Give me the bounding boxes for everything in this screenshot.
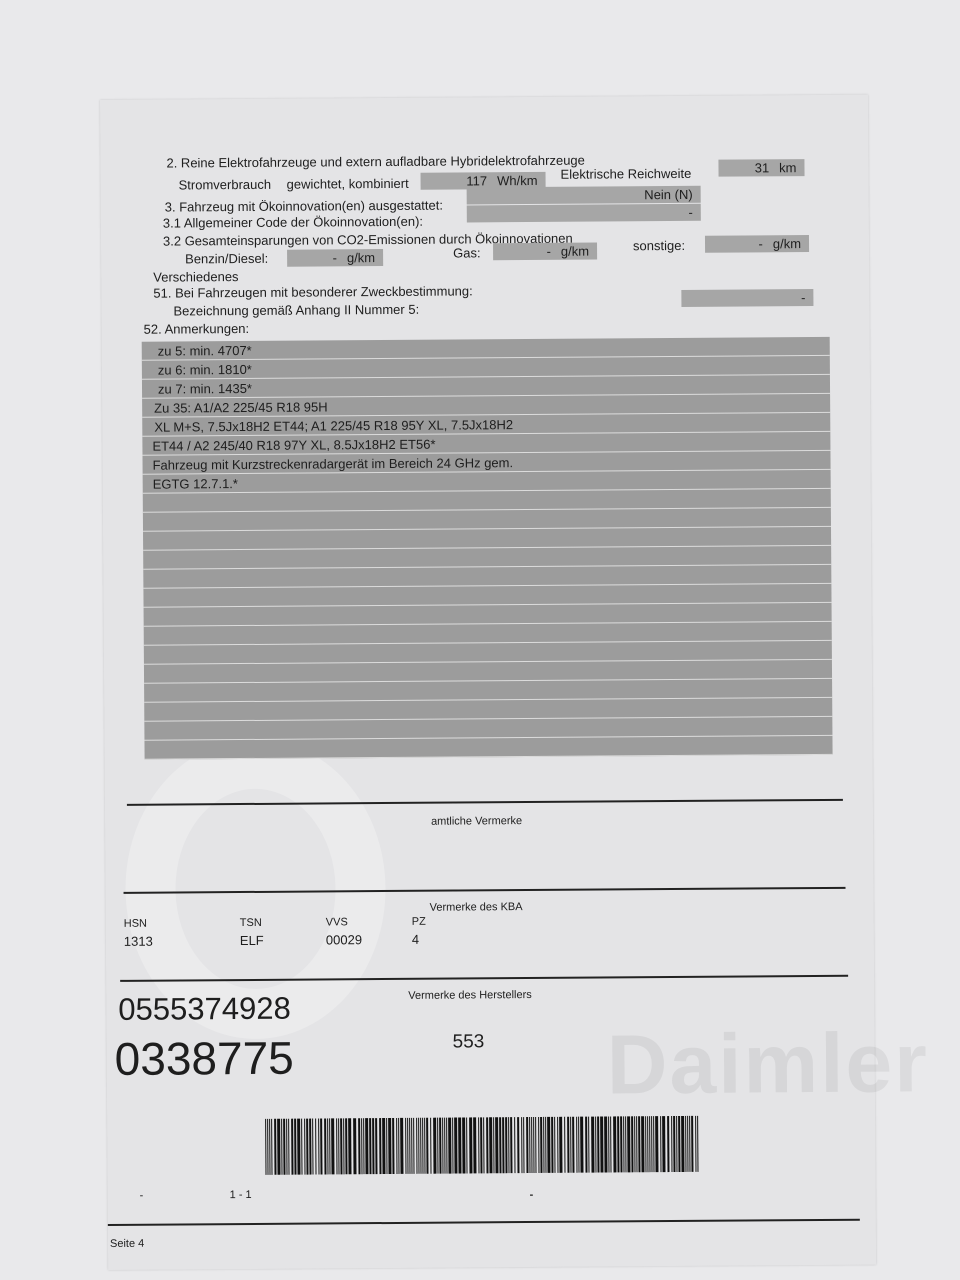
petrol-unit: g/km xyxy=(347,250,375,265)
remarks-box: zu 5: min. 4707*zu 6: min. 1810*zu 7: mi… xyxy=(142,337,833,760)
pz-label: PZ xyxy=(412,916,426,928)
barcode-bar xyxy=(309,1119,311,1175)
barcode-bar xyxy=(535,1117,536,1173)
eco-code-field: - xyxy=(467,204,701,223)
barcode-bar xyxy=(526,1117,528,1173)
barcode-bar xyxy=(502,1117,504,1173)
barcode-bar xyxy=(294,1119,296,1175)
barcode-bar xyxy=(697,1116,698,1172)
other-label: sonstige: xyxy=(633,238,685,253)
barcode-bar xyxy=(454,1118,457,1174)
barcode-bar xyxy=(462,1117,465,1173)
footer-pages: 1 - 1 xyxy=(230,1189,252,1201)
barcode-bar xyxy=(617,1116,619,1172)
barcode-bar xyxy=(413,1118,414,1174)
barcode-bar xyxy=(691,1116,693,1172)
petrol-label: Benzin/Diesel: xyxy=(185,251,268,267)
barcode-bar xyxy=(655,1116,658,1172)
manufacturer-number-2: 0338775 xyxy=(115,1031,294,1086)
barcode-bar xyxy=(340,1118,342,1174)
barcode-bar xyxy=(604,1116,607,1172)
barcode-bar xyxy=(673,1116,675,1172)
barcode-bar xyxy=(348,1118,351,1174)
kba-remarks-label: Vermerke des KBA xyxy=(430,901,523,914)
barcode-bar xyxy=(458,1118,461,1174)
barcode-bar xyxy=(627,1116,630,1172)
barcode-bar xyxy=(678,1116,680,1172)
barcode-bar xyxy=(662,1116,665,1172)
barcode-bar xyxy=(631,1116,633,1172)
barcode-bar xyxy=(600,1117,603,1173)
barcode-bar xyxy=(369,1118,371,1174)
barcode-bar xyxy=(288,1119,289,1175)
barcode-bar xyxy=(466,1117,467,1173)
barcode-bar xyxy=(297,1119,300,1175)
item51-value: - xyxy=(801,290,805,305)
barcode-bar xyxy=(510,1117,512,1173)
barcode-bar xyxy=(426,1118,428,1174)
barcode-bar xyxy=(353,1118,356,1174)
petrol-savings-value: - xyxy=(333,250,337,265)
tsn-label: TSN xyxy=(240,917,262,929)
barcode-bar xyxy=(306,1119,308,1175)
barcode-bar xyxy=(559,1117,562,1173)
barcode-bar xyxy=(551,1117,553,1173)
registration-document-page: Daimler Daimler 2. Reine Elektrofahrzeug… xyxy=(100,95,876,1270)
pz-value: 4 xyxy=(412,932,419,947)
barcode-bar xyxy=(564,1117,565,1173)
barcode-bar xyxy=(274,1119,276,1175)
barcode-bar xyxy=(523,1117,524,1173)
barcode-bar xyxy=(291,1119,293,1175)
barcode-bar xyxy=(610,1116,611,1172)
barcode-bar xyxy=(495,1117,498,1173)
barcode-bar xyxy=(499,1117,501,1173)
barcode-bar xyxy=(331,1118,334,1174)
barcode-bar xyxy=(620,1116,622,1172)
item51-sub-label: Bezeichnung gemäß Anhang II Nummer 5: xyxy=(173,302,419,319)
vvs-label: VVS xyxy=(326,916,348,928)
barcode-bar xyxy=(277,1119,280,1175)
barcode-bar xyxy=(433,1118,436,1174)
barcode-bar xyxy=(681,1116,684,1172)
barcode-bar xyxy=(372,1118,374,1174)
electric-range-field: 31 km xyxy=(718,159,804,177)
eco-code-value: - xyxy=(688,205,692,220)
petrol-savings-field: - g/km xyxy=(287,249,383,267)
barcode-bar xyxy=(312,1119,313,1175)
barcode-bar xyxy=(554,1117,555,1173)
remark-line xyxy=(144,736,832,760)
barcode-bar xyxy=(324,1118,326,1174)
manufacturer-remarks-label: Vermerke des Herstellers xyxy=(408,989,532,1002)
other-unit: g/km xyxy=(773,236,801,251)
range-value: 31 xyxy=(755,160,770,175)
barcode-bar xyxy=(400,1118,403,1174)
barcode-bar xyxy=(505,1117,507,1173)
barcode-bar xyxy=(382,1118,385,1174)
barcode-bar xyxy=(469,1117,472,1173)
barcode-bar xyxy=(597,1117,599,1173)
hsn-value: 1313 xyxy=(124,934,153,949)
divider-footer xyxy=(108,1219,860,1226)
barcode-bar xyxy=(580,1117,583,1173)
gas-savings-value: - xyxy=(546,244,550,259)
misc-heading: Verschiedenes xyxy=(153,269,238,285)
barcode-bar xyxy=(540,1117,542,1173)
power-unit: Wh/km xyxy=(497,173,538,188)
gas-unit: g/km xyxy=(561,244,589,259)
barcode-bar xyxy=(667,1116,669,1172)
item52-label: 52. Anmerkungen: xyxy=(144,321,250,337)
barcode-bar xyxy=(514,1117,515,1173)
manufacturer-number-1: 0555374928 xyxy=(118,991,291,1028)
barcode-bar xyxy=(448,1118,451,1174)
barcode-bar xyxy=(588,1117,589,1173)
barcode-bar xyxy=(517,1117,519,1173)
section2-heading: 2. Reine Elektrofahrzeuge und extern auf… xyxy=(166,153,585,171)
footer-dot-mid: - xyxy=(530,1189,534,1201)
manufacturer-code: 553 xyxy=(453,1031,485,1053)
range-unit: km xyxy=(779,160,796,175)
barcode-bar xyxy=(585,1117,587,1173)
barcode-bar xyxy=(271,1119,272,1175)
barcode-bar xyxy=(283,1119,285,1175)
hsn-label: HSN xyxy=(124,918,147,930)
eco-code-label: 3.1 Allgemeiner Code der Ökoinnovation(e… xyxy=(163,214,423,231)
barcode xyxy=(265,1116,705,1175)
page-number: Seite 4 xyxy=(110,1238,144,1250)
barcode-bar xyxy=(473,1117,476,1173)
barcode-bar xyxy=(439,1118,441,1174)
barcode-bar xyxy=(591,1117,594,1173)
other-savings-value: - xyxy=(758,236,762,251)
official-remarks-label: amtliche Vermerke xyxy=(431,815,522,828)
barcode-bar xyxy=(315,1119,316,1175)
tsn-value: ELF xyxy=(240,933,264,948)
barcode-bar xyxy=(567,1117,569,1173)
barcode-bar xyxy=(641,1116,644,1172)
item51-label: 51. Bei Fahrzeugen mit besonderer Zweckb… xyxy=(153,283,472,300)
power-value: 117 xyxy=(466,173,487,188)
other-savings-field: - g/km xyxy=(705,235,809,253)
eco-innovation-field: Nein (N) xyxy=(467,186,701,205)
eco-innovation-value: Nein (N) xyxy=(644,187,693,202)
barcode-bar xyxy=(483,1117,484,1173)
barcode-bar xyxy=(572,1117,574,1173)
barcode-bar xyxy=(489,1117,492,1173)
eco-innovation-label: 3. Fahrzeug mit Ökoinnovation(en) ausges… xyxy=(165,198,443,215)
barcode-bar xyxy=(301,1119,302,1175)
barcode-bar xyxy=(613,1116,616,1172)
power-label: Stromverbrauch xyxy=(179,177,272,193)
gas-label: Gas: xyxy=(453,245,481,260)
barcode-bar xyxy=(358,1118,360,1174)
barcode-bar xyxy=(375,1118,377,1174)
vvs-value: 00029 xyxy=(326,932,362,947)
barcode-bar xyxy=(345,1118,347,1174)
barcode-bar xyxy=(320,1118,322,1174)
footer-dot-left: - xyxy=(140,1190,144,1202)
barcode-bar xyxy=(388,1118,391,1174)
item51-field: - xyxy=(681,289,813,307)
barcode-bar xyxy=(486,1117,488,1173)
weighted-label: gewichtet, kombiniert xyxy=(287,176,409,192)
barcode-bar xyxy=(379,1118,381,1174)
barcode-bar xyxy=(365,1118,368,1174)
barcode-bar xyxy=(392,1118,394,1174)
range-label: Elektrische Reichweite xyxy=(560,166,691,182)
gas-savings-field: - g/km xyxy=(493,243,597,261)
watermark-logo: Daimler xyxy=(606,1014,929,1113)
barcode-bar xyxy=(638,1116,640,1172)
barcode-bar xyxy=(430,1118,431,1174)
barcode-bar xyxy=(547,1117,550,1173)
barcode-bar xyxy=(480,1117,482,1173)
